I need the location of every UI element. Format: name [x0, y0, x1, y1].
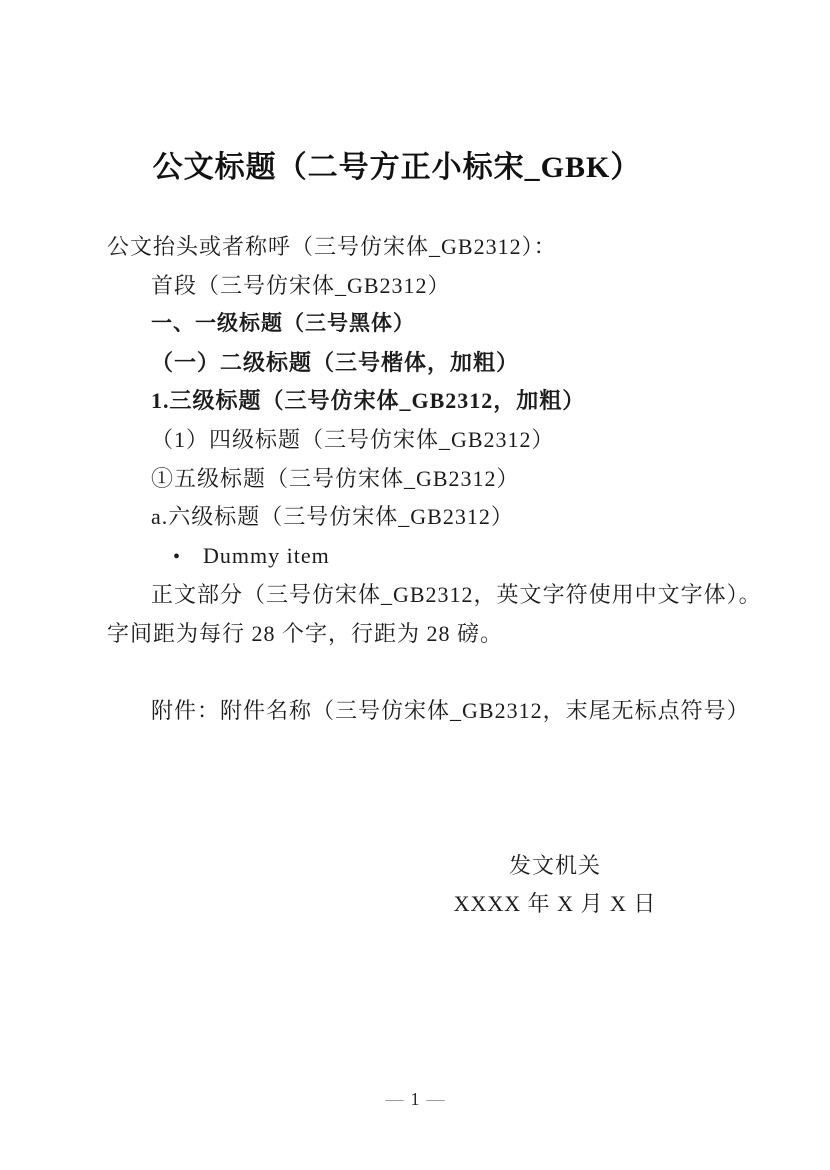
body-text-line-2: 字间距为每行 28 个字，行距为 28 磅。 [107, 615, 747, 654]
heading-level-1: 一、一级标题（三号黑体） [107, 305, 747, 344]
page-footer: —1— [0, 1087, 830, 1111]
document-title: 公文标题（二号方正小标宋_GBK） [77, 0, 717, 190]
heading-level-4: （1）四级标题（三号仿宋体_GB2312） [107, 421, 747, 460]
footer-dash-right: — [427, 1089, 445, 1109]
signature-date: XXXX 年 X 月 X 日 [425, 885, 685, 924]
heading-level-5: ①五级标题（三号仿宋体_GB2312） [107, 460, 747, 499]
body-text-line-1: 正文部分（三号仿宋体_GB2312，英文字符使用中文字体）。 [107, 576, 747, 615]
page-number: 1 [411, 1089, 420, 1109]
salutation-line: 公文抬头或者称呼（三号仿宋体_GB2312）： [107, 228, 747, 267]
blank-line [107, 654, 747, 693]
bullet-icon: • [173, 538, 203, 577]
signature-gap [107, 731, 747, 847]
issuing-agency: 发文机关 [425, 847, 685, 886]
document-page: 公文标题（二号方正小标宋_GBK） 公文抬头或者称呼（三号仿宋体_GB2312）… [0, 0, 830, 1170]
footer-dash-left: — [386, 1089, 404, 1109]
attachment-line: 附件：附件名称（三号仿宋体_GB2312，末尾无标点符号） [107, 692, 747, 731]
document-content: 公文标题（二号方正小标宋_GBK） 公文抬头或者称呼（三号仿宋体_GB2312）… [107, 0, 747, 924]
heading-level-3: 1.三级标题（三号仿宋体_GB2312，加粗） [107, 382, 747, 421]
heading-level-2: （一）二级标题（三号楷体，加粗） [107, 344, 747, 383]
heading-level-6: a.六级标题（三号仿宋体_GB2312） [107, 498, 747, 537]
bullet-list-item: •Dummy item [107, 537, 747, 577]
bullet-item-text: Dummy item [203, 543, 330, 568]
first-paragraph: 首段（三号仿宋体_GB2312） [107, 267, 747, 306]
signature-block: 发文机关 XXXX 年 X 月 X 日 [425, 847, 685, 924]
document-body: 公文抬头或者称呼（三号仿宋体_GB2312）： 首段（三号仿宋体_GB2312）… [107, 190, 747, 924]
